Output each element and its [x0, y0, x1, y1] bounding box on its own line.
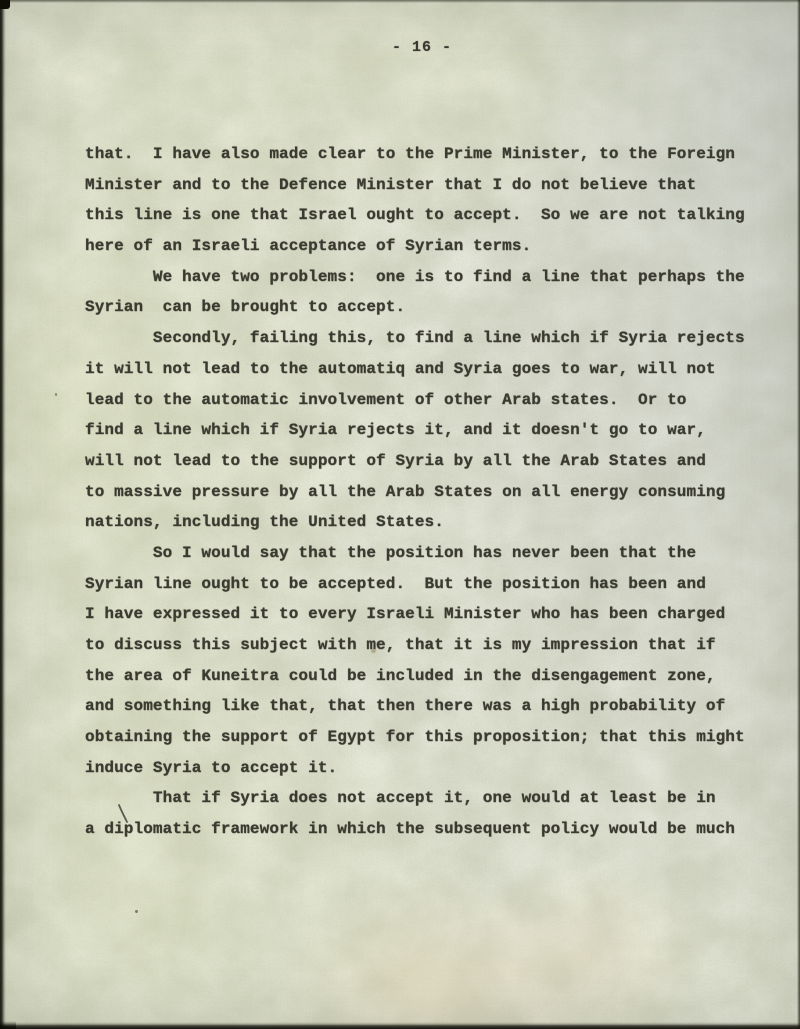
text-line: lead to the automatic involvement of oth… [85, 385, 775, 416]
text-line: will not lead to the support of Syria by… [85, 446, 775, 477]
text-line: So I would say that the position has nev… [85, 538, 775, 569]
text-line: nations, including the United States. [85, 507, 775, 538]
text-line: Syrian line ought to be accepted. But th… [85, 569, 775, 600]
page-number: - 16 - [392, 39, 452, 56]
document-body: that. I have also made clear to the Prim… [85, 139, 775, 845]
text-line: here of an Israeli acceptance of Syrian … [85, 231, 775, 262]
text-line: That if Syria does not accept it, one wo… [85, 783, 775, 814]
text-line: find a line which if Syria rejects it, a… [85, 415, 775, 446]
text-line: Secondly, failing this, to find a line w… [85, 323, 775, 354]
text-line: that. I have also made clear to the Prim… [85, 139, 775, 170]
text-line: a diplomatic framework in which the subs… [85, 814, 775, 845]
text-line: I have expressed it to every Israeli Min… [85, 599, 775, 630]
scan-corner-artifact [0, 0, 10, 9]
scanned-document-page: - 16 - that. I have also made clear to t… [0, 0, 800, 1029]
text-line: induce Syria to accept it. [85, 753, 775, 784]
text-line: We have two problems: one is to find a l… [85, 262, 775, 293]
stray-pen-mark [116, 804, 130, 824]
text-line: the area of Kuneitra could be included i… [85, 661, 775, 692]
text-line: to massive pressure by all the Arab Stat… [85, 477, 775, 508]
text-line: obtaining the support of Egypt for this … [85, 722, 775, 753]
text-line: Minister and to the Defence Minister tha… [85, 170, 775, 201]
text-line: and something like that, that then there… [85, 691, 775, 722]
text-line: Syrian can be brought to accept. [85, 292, 775, 323]
text-line: to discuss this subject with me, that it… [85, 630, 775, 661]
text-line: this line is one that Israel ought to ac… [85, 200, 775, 231]
scan-corner-bottom-left [0, 1021, 16, 1029]
text-line: it will not lead to the automatiq and Sy… [85, 354, 775, 385]
